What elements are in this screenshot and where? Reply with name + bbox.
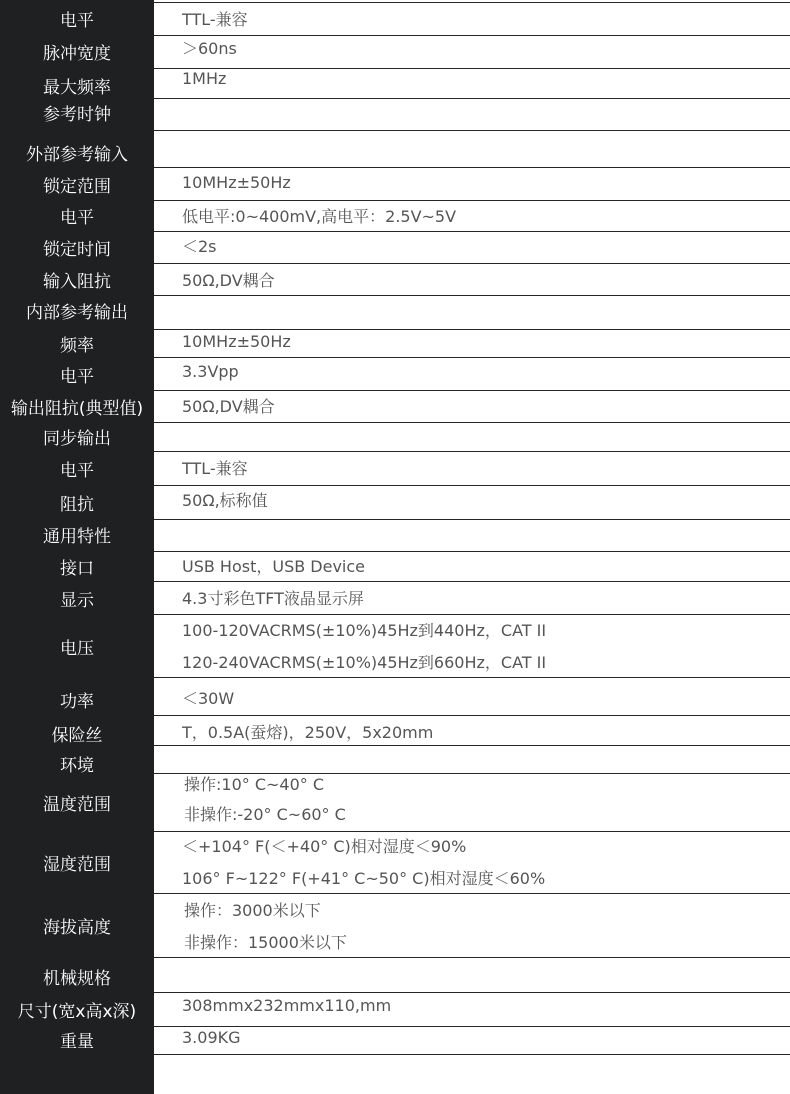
divider	[154, 992, 790, 993]
spec-value: T，0.5A(蚕熔)，250V，5x20mm	[154, 716, 790, 746]
spec-row: 输入阻抗 50Ω,DV耦合	[0, 263, 790, 295]
divider	[154, 357, 790, 358]
spec-value-text: 3.09KG	[182, 1028, 241, 1047]
spec-label: 接口	[0, 551, 154, 582]
divider	[154, 295, 790, 296]
spec-label: 电平	[0, 200, 154, 231]
spec-label: 机械规格	[0, 957, 154, 992]
spec-value-line: 非操作：15000米以下	[184, 927, 790, 959]
divider	[154, 98, 790, 99]
divider	[154, 519, 790, 520]
spec-label: 输出阻抗(典型值)	[0, 390, 154, 423]
spec-value-line: ＜+104° F(＜+40° C)相对湿度＜90%	[182, 831, 790, 863]
spec-row: 电平 TTL-兼容	[0, 451, 790, 485]
spec-row: 参考时钟	[0, 98, 790, 130]
spec-row: 湿度范围 ＜+104° F(＜+40° C)相对湿度＜90% 106° F~12…	[0, 831, 790, 893]
spec-value: ＞60ns	[154, 35, 790, 68]
spec-value-text: USB Host，USB Device	[182, 554, 365, 577]
spec-value: ＜2s	[154, 231, 790, 263]
spec-label: 电平	[0, 358, 154, 390]
spec-label: 同步输出	[0, 423, 154, 451]
spec-value-text: T，0.5A(蚕熔)，250V，5x20mm	[182, 720, 433, 743]
spec-value: 10MHz±50Hz	[154, 329, 790, 358]
divider	[154, 451, 790, 452]
spec-value-line: 106° F~122° F(+41° C~50° C)相对湿度＜60%	[182, 863, 790, 895]
spec-row: 锁定时间 ＜2s	[0, 231, 790, 263]
divider	[154, 614, 790, 615]
spec-value-text: ＞60ns	[182, 36, 237, 59]
spec-row: 内部参考输出	[0, 295, 790, 329]
spec-value: 50Ω,DV耦合	[154, 390, 790, 423]
spec-row: 显示 4.3寸彩色TFT液晶显示屏	[0, 582, 790, 615]
spec-value-text: 3.3Vpp	[182, 362, 239, 381]
spec-label: 最大频率	[0, 68, 154, 98]
divider	[154, 957, 790, 958]
spec-value-text: ＜30W	[182, 686, 234, 709]
spec-value	[154, 130, 790, 168]
divider	[154, 831, 790, 832]
spec-label: 功率	[0, 678, 154, 716]
spec-label: 海拔高度	[0, 893, 154, 957]
spec-value: 低电平:0~400mV,高电平：2.5V~5V	[154, 200, 790, 231]
spec-label: 电压	[0, 615, 154, 678]
spec-value-line: 非操作:-20° C~60° C	[184, 799, 790, 830]
spec-value	[154, 295, 790, 329]
spec-row: 电平 低电平:0~400mV,高电平：2.5V~5V	[0, 200, 790, 231]
spec-label: 锁定范围	[0, 168, 154, 200]
spec-value-line: 操作：3000米以下	[184, 895, 790, 927]
spec-value	[154, 520, 790, 551]
spec-label: 温度范围	[0, 774, 154, 831]
spec-row: 尺寸(宽x高x深) 308mmx232mmx110,mm	[0, 992, 790, 1027]
spec-row: 机械规格	[0, 957, 790, 992]
divider	[154, 677, 790, 678]
spec-label: 阻抗	[0, 485, 154, 520]
spec-value-line: 操作:10° C~40° C	[184, 771, 790, 799]
spec-value: 50Ω,标称值	[154, 485, 790, 520]
spec-value: 3.3Vpp	[154, 358, 790, 390]
spec-value-text: 4.3寸彩色TFT液晶显示屏	[182, 586, 364, 609]
spec-value-line: 100-120VACRMS(±10%)45Hz到440Hz，CAT II	[182, 615, 790, 647]
divider	[154, 422, 790, 423]
spec-label: 电平	[0, 451, 154, 485]
spec-value-text: 50Ω,DV耦合	[182, 268, 275, 291]
divider	[154, 745, 790, 746]
spec-value: 4.3寸彩色TFT液晶显示屏	[154, 582, 790, 615]
spec-row: 通用特性	[0, 520, 790, 551]
spec-label: 参考时钟	[0, 98, 154, 130]
divider	[154, 68, 790, 69]
spec-value: 308mmx232mmx110,mm	[154, 992, 790, 1027]
spec-label: 通用特性	[0, 520, 154, 551]
spec-label: 湿度范围	[0, 831, 154, 893]
divider	[154, 329, 790, 330]
spec-value-text: 1MHz	[182, 69, 226, 88]
spec-label: 重量	[0, 1027, 154, 1054]
spec-value: TTL-兼容	[154, 2, 790, 35]
spec-row: 电平 3.3Vpp	[0, 358, 790, 390]
spec-value-text: ＜2s	[182, 234, 217, 257]
spec-value: 3.09KG	[154, 1027, 790, 1054]
divider	[154, 551, 790, 552]
divider	[154, 35, 790, 36]
spec-value-text: 50Ω,标称值	[182, 488, 268, 511]
spec-value: 操作:10° C~40° C 非操作:-20° C~60° C	[154, 774, 790, 831]
divider	[154, 263, 790, 264]
divider	[154, 715, 790, 716]
divider	[154, 1054, 790, 1055]
spec-value: ＜+104° F(＜+40° C)相对湿度＜90% 106° F~122° F(…	[154, 831, 790, 893]
spec-row: 频率 10MHz±50Hz	[0, 329, 790, 358]
divider	[154, 231, 790, 232]
spec-label: 输入阻抗	[0, 263, 154, 295]
spec-value: 操作：3000米以下 非操作：15000米以下	[154, 893, 790, 957]
spec-value-line: 120-240VACRMS(±10%)45Hz到660Hz，CAT II	[182, 647, 790, 679]
spec-value-text: 10MHz±50Hz	[182, 332, 291, 351]
spec-label: 保险丝	[0, 716, 154, 746]
spec-value-text: 308mmx232mmx110,mm	[182, 996, 391, 1015]
spec-label: 锁定时间	[0, 231, 154, 263]
spec-value-text: 50Ω,DV耦合	[182, 394, 275, 417]
divider	[154, 200, 790, 201]
spec-row: 电压 100-120VACRMS(±10%)45Hz到440Hz，CAT II …	[0, 615, 790, 678]
divider	[154, 773, 790, 774]
spec-value	[154, 957, 790, 992]
divider	[154, 2, 790, 3]
spec-row: 环境	[0, 746, 790, 774]
spec-label: 频率	[0, 329, 154, 358]
spec-row: 同步输出	[0, 423, 790, 451]
divider	[154, 893, 790, 894]
spec-row: 电平 TTL-兼容	[0, 2, 790, 35]
spec-value-text: 低电平:0~400mV,高电平：2.5V~5V	[182, 204, 456, 227]
spec-row: 最大频率 1MHz	[0, 68, 790, 98]
spec-label: 环境	[0, 746, 154, 774]
spec-value-text: 10MHz±50Hz	[182, 173, 291, 192]
spec-row: 功率 ＜30W	[0, 678, 790, 716]
spec-row: 重量 3.09KG	[0, 1027, 790, 1054]
spec-row: 保险丝 T，0.5A(蚕熔)，250V，5x20mm	[0, 716, 790, 746]
spec-label: 脉冲宽度	[0, 35, 154, 68]
divider	[154, 167, 790, 168]
divider	[154, 1026, 790, 1027]
spec-value	[154, 423, 790, 451]
spec-value: USB Host，USB Device	[154, 551, 790, 582]
spec-value-text: TTL-兼容	[182, 7, 248, 30]
spec-label: 外部参考输入	[0, 130, 154, 168]
spec-value: 10MHz±50Hz	[154, 168, 790, 200]
spec-row: 温度范围 操作:10° C~40° C 非操作:-20° C~60° C	[0, 774, 790, 831]
spec-value	[154, 98, 790, 130]
spec-row: 接口 USB Host，USB Device	[0, 551, 790, 582]
spec-value	[154, 746, 790, 774]
spec-label: 显示	[0, 582, 154, 615]
divider	[154, 581, 790, 582]
spec-row: 脉冲宽度 ＞60ns	[0, 35, 790, 68]
spec-value: 50Ω,DV耦合	[154, 263, 790, 295]
divider	[154, 390, 790, 391]
spec-value: ＜30W	[154, 678, 790, 716]
spec-row: 输出阻抗(典型值) 50Ω,DV耦合	[0, 390, 790, 423]
spec-label: 电平	[0, 2, 154, 35]
spec-row: 锁定范围 10MHz±50Hz	[0, 168, 790, 200]
spec-value-text: TTL-兼容	[182, 456, 248, 479]
spec-value: 1MHz	[154, 68, 790, 98]
spec-value: TTL-兼容	[154, 451, 790, 485]
spec-label: 尺寸(宽x高x深)	[0, 992, 154, 1027]
divider	[154, 130, 790, 131]
spec-label: 内部参考输出	[0, 295, 154, 329]
spec-row: 外部参考输入	[0, 130, 790, 168]
spec-row: 海拔高度 操作：3000米以下 非操作：15000米以下	[0, 893, 790, 957]
divider	[154, 485, 790, 486]
spec-value: 100-120VACRMS(±10%)45Hz到440Hz，CAT II 120…	[154, 615, 790, 678]
spec-row: 阻抗 50Ω,标称值	[0, 485, 790, 520]
